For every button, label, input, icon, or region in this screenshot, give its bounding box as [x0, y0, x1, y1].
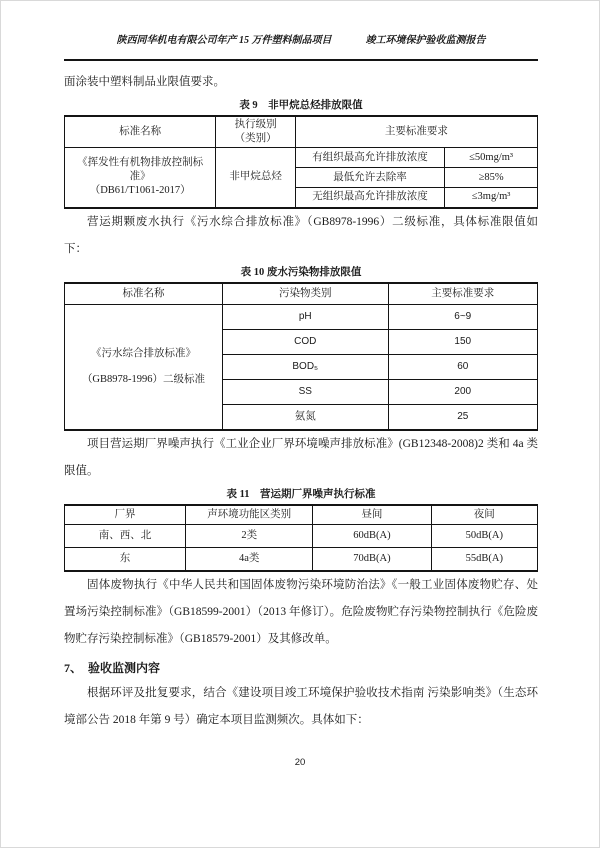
table9-value-cell: ≥85%: [445, 168, 538, 188]
table9-col-requirements: 主要标准要求: [295, 116, 537, 148]
table10: 标准名称 污染物类别 主要标准要求 《污水综合排放标准》 （GB8978-199…: [64, 282, 538, 431]
table10-value-cell: 200: [388, 380, 537, 405]
noise-paragraph: 项目营运期厂界噪声执行《工业企业厂界环境噪声排放标准》(GB12348-2008…: [64, 431, 538, 485]
table10-col-pollutant: 污染物类别: [222, 283, 388, 305]
table9-item-cell: 最低允许去除率: [295, 168, 444, 188]
table10-title: 表 10 废水污染物排放限值: [64, 266, 538, 280]
table11-category-cell: 2类: [186, 525, 313, 548]
table10-pollutant-cell: pH: [222, 305, 388, 330]
page-content: 陕西同华机电有限公司年产 15 万件塑料制品项目 竣工环境保护验收监测报告 面涂…: [64, 1, 538, 734]
table10-pollutant-cell: SS: [222, 380, 388, 405]
table11: 厂界 声环境功能区类别 昼间 夜间 南、西、北 2类 60dB(A) 50dB(…: [64, 504, 538, 572]
table9-col-level: 执行级别 （类别）: [216, 116, 295, 148]
table10-value-cell: 150: [388, 330, 537, 355]
table9-item-cell: 有组织最高允许排放浓度: [295, 148, 444, 168]
table10-pollutant-cell: 氨氮: [222, 405, 388, 430]
table11-col-night: 夜间: [431, 505, 537, 525]
table9-header-row: 标准名称 执行级别 （类别） 主要标准要求: [65, 116, 538, 148]
table11-boundary-cell: 南、西、北: [65, 525, 186, 548]
document-page: 陕西同华机电有限公司年产 15 万件塑料制品项目 竣工环境保护验收监测报告 面涂…: [0, 0, 600, 848]
header-report-title: 竣工环境保护验收监测报告: [366, 34, 486, 48]
table10-pollutant-cell: COD: [222, 330, 388, 355]
section7-heading: 7、 验收监测内容: [64, 660, 538, 677]
table10-header-row: 标准名称 污染物类别 主要标准要求: [65, 283, 538, 305]
table11-category-cell: 4a类: [186, 548, 313, 571]
table-row: 《污水综合排放标准》 （GB8978-1996）二级标准 pH 6~9: [65, 305, 538, 330]
table10-value-cell: 60: [388, 355, 537, 380]
table11-day-cell: 70dB(A): [313, 548, 431, 571]
table-row: 南、西、北 2类 60dB(A) 50dB(A): [65, 525, 538, 548]
solid-waste-paragraph: 固体废物执行《中华人民共和国固体废物污染环境防治法》《一般工业固体废物贮存、处置…: [64, 572, 538, 653]
page-number: 20: [1, 757, 599, 768]
table9-item-cell: 无组织最高允许排放浓度: [295, 188, 444, 208]
table10-value-cell: 6~9: [388, 305, 537, 330]
table9: 标准名称 执行级别 （类别） 主要标准要求 《挥发性有机物排放控制标准》 （DB…: [64, 115, 538, 209]
table11-day-cell: 60dB(A): [313, 525, 431, 548]
table-row: 东 4a类 70dB(A) 55dB(A): [65, 548, 538, 571]
table9-value-cell: ≤50mg/m³: [445, 148, 538, 168]
table10-col-standard-name: 标准名称: [65, 283, 223, 305]
table9-standard-name-cell: 《挥发性有机物排放控制标准》 （DB61/T1061-2017）: [65, 148, 216, 208]
table11-header-row: 厂界 声环境功能区类别 昼间 夜间: [65, 505, 538, 525]
table9-title: 表 9 非甲烷总烃排放限值: [64, 99, 538, 113]
table11-col-boundary: 厂界: [65, 505, 186, 525]
wastewater-paragraph: 营运期颗废水执行《污水综合排放标准》（GB8978-1996）二级标准，具体标准…: [64, 209, 538, 263]
table10-standard-name-cell: 《污水综合排放标准》 （GB8978-1996）二级标准: [65, 305, 223, 430]
table11-col-day: 昼间: [313, 505, 431, 525]
table10-pollutant-cell: BOD₅: [222, 355, 388, 380]
table9-pollutant-cell: 非甲烷总烃: [216, 148, 295, 208]
page-header: 陕西同华机电有限公司年产 15 万件塑料制品项目 竣工环境保护验收监测报告: [64, 34, 538, 61]
table11-boundary-cell: 东: [65, 548, 186, 571]
table9-col-standard-name: 标准名称: [65, 116, 216, 148]
table11-col-category: 声环境功能区类别: [186, 505, 313, 525]
table9-value-cell: ≤3mg/m³: [445, 188, 538, 208]
header-project-title: 陕西同华机电有限公司年产 15 万件塑料制品项目: [117, 34, 332, 48]
table11-title: 表 11 营运期厂界噪声执行标准: [64, 488, 538, 502]
table10-col-requirements: 主要标准要求: [388, 283, 537, 305]
table10-value-cell: 25: [388, 405, 537, 430]
table11-night-cell: 55dB(A): [431, 548, 537, 571]
table11-night-cell: 50dB(A): [431, 525, 537, 548]
table-row: 《挥发性有机物排放控制标准》 （DB61/T1061-2017） 非甲烷总烃 有…: [65, 148, 538, 168]
monitoring-paragraph: 根据环评及批复要求，结合《建设项目竣工环境保护验收技术指南 污染影响类》（生态环…: [64, 680, 538, 734]
intro-line: 面涂装中塑料制品业限值要求。: [64, 69, 538, 96]
